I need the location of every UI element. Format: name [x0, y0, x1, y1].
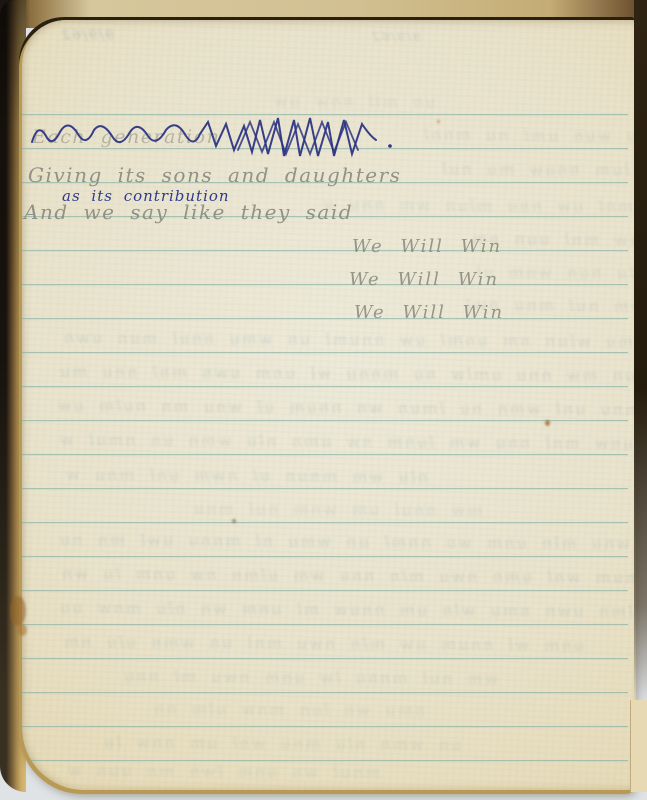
chant-line: We Will Win — [354, 302, 504, 323]
bleedthrough-line: wnu mln unm wu nnml un wmu nl mnnu uwl m… — [58, 530, 630, 553]
bleedthrough-line: mnu unl wmn nu lmun wn nnum ul wnu mn nu… — [56, 396, 636, 419]
ink-scribble-strikethrough — [28, 116, 400, 162]
bleedthrough-line: wnu lum nnuw mu nul — [440, 159, 636, 180]
bleedthrough-line: mnul wn unm lwn mn uun w — [66, 761, 381, 782]
notebook-scan: 9/9/629/9/62un mil nnw uwnmu wun uml nu … — [0, 0, 647, 800]
bleedthrough-line: unw mnl nnu wm lunm nw umn nlu wmn un nm… — [58, 430, 634, 453]
bleedthrough-line: un wmn nlu mnu wnl um nnw lu — [102, 733, 461, 755]
bleedthrough-line: 9/9/62 — [370, 30, 421, 44]
notebook-page: 9/9/629/9/62un mil nnw uwnmu wun uml nu … — [22, 20, 636, 790]
chant-line: We Will Win — [352, 236, 502, 257]
next-page-edge-bottom-right — [630, 700, 647, 792]
bleedthrough-line: nmu wlun nm unml uw nnuml un wmu nnul mu… — [62, 328, 636, 351]
bleedthrough-line: lun mw nnu umlw nu mnnu wl unm uwn mnl n… — [58, 362, 636, 385]
bleedthrough-line: un mil nnw uw — [272, 91, 436, 111]
cover-edge-right — [634, 0, 647, 705]
bleedthrough-line: num wnl umn nwu mln nnu wm ulmn nw unm l… — [60, 564, 636, 587]
bleedthrough-line: nmu wn lun mnw ulm nn — [152, 699, 425, 720]
stain-left-edge — [10, 596, 26, 626]
bleedthrough-line: mnl uw nnu mlun wm nnu u — [322, 195, 633, 216]
bleedthrough-line: wm nul mnnu lw unm nwu ml nnu — [122, 667, 499, 689]
bleedthrough-line: mw nnul um wnm nul mnu — [192, 499, 483, 520]
handwritten-line-and-we-say: And we say like they said — [24, 200, 353, 224]
stain-speck — [232, 519, 236, 523]
bleedthrough-line: nmu wun uml nu mnnl — [422, 125, 636, 146]
chant-line: We Will Win — [349, 269, 499, 290]
stain-speck — [545, 420, 550, 426]
handwritten-line-giving: Giving its sons and daughters — [28, 163, 401, 187]
bleedthrough-line: unm wl nnum uw mln nwu mnl un wmn ulu nm — [62, 632, 584, 655]
bleedthrough-line: nlu wm mnun ul nwm unl mnu w — [64, 465, 428, 487]
stain-left-edge — [18, 624, 27, 636]
bleedthrough-line: 9/9/62 — [60, 28, 114, 43]
stain-speck — [437, 120, 440, 123]
bleedthrough-line: lmn uwn nmu wln um nnuw ml unm wn nlu mn… — [58, 598, 634, 621]
